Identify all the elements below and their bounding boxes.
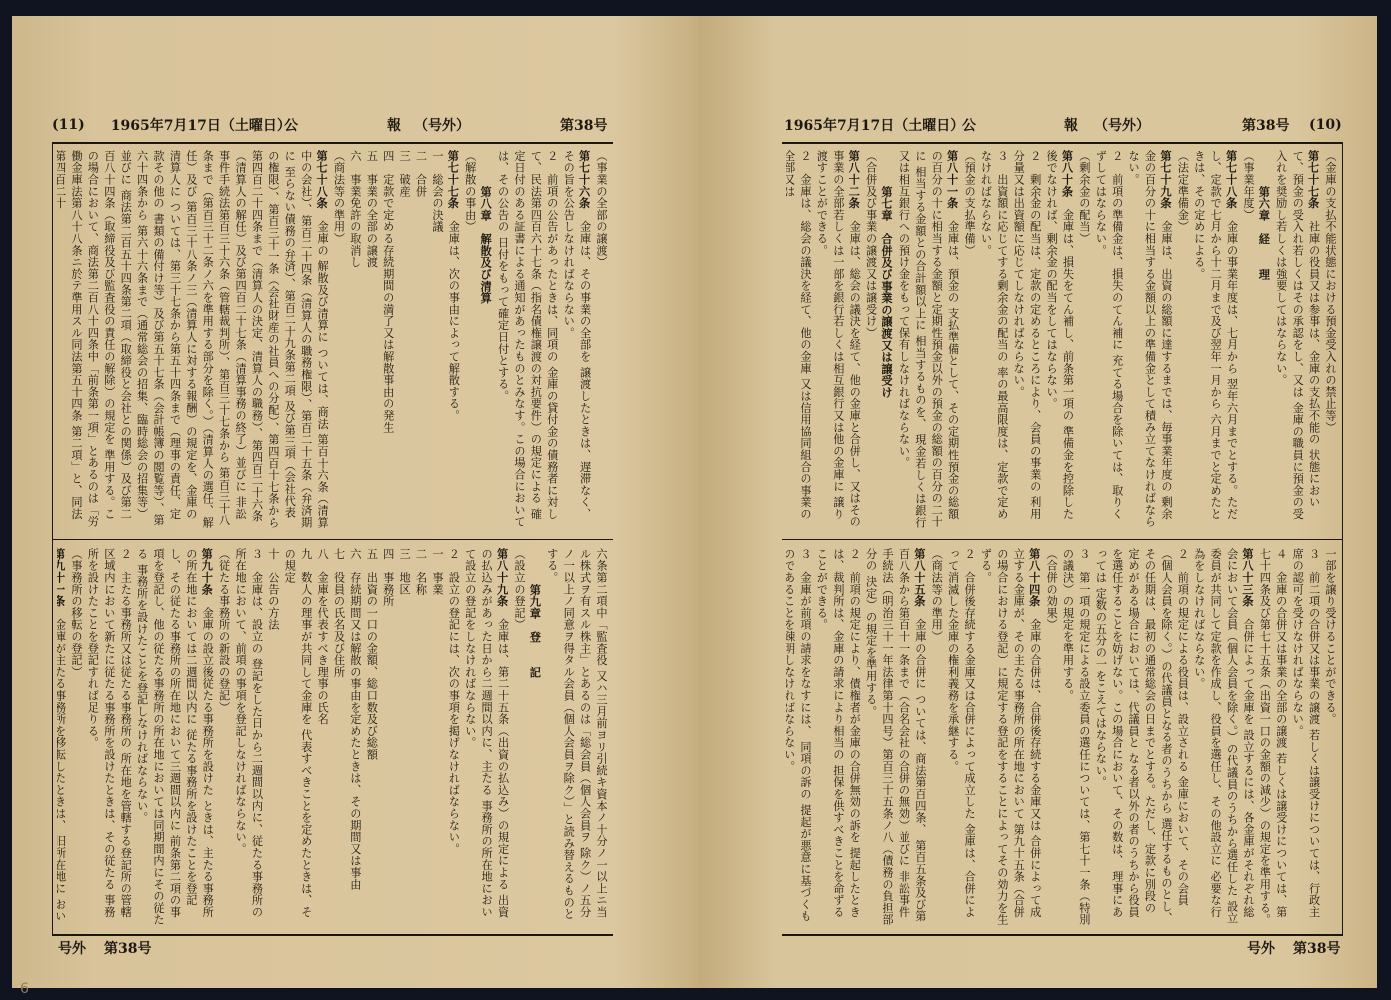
clause-paragraph: 一部を譲り受けることができる。 — [1322, 548, 1338, 928]
block-divider — [53, 539, 613, 540]
article-paragraph: 第七十八条 金庫の 解散及び清算に ついては、商法 第百十六条（清算中の会社）、… — [57, 150, 330, 530]
article-number: 第七十七条 — [446, 150, 460, 209]
left-page-footer: 号外第38号 — [58, 938, 151, 958]
left-bottom-block: 六条第二項中「監査役 又ハ三月前ヨリ引続キ資本ノ十分ノ一以上ニ当ル株式ヲ有スル株… — [57, 548, 609, 928]
article-caption: （合併の効果） — [1043, 548, 1059, 928]
footer-issue: 第38号 — [1293, 941, 1340, 957]
page-number: (10) — [1309, 117, 1342, 133]
article-number: 第八十九条 — [496, 548, 510, 607]
left-page-body: （事業の全部の譲渡）第七十六条 金庫は、その事業の全部を 譲渡したときは、遅滞な… — [52, 142, 613, 936]
article-number: 第八十一条 — [946, 150, 960, 209]
right-page: 1965年7月17日（土曜日） 公 報 （号外） 第38号 (10) （金庫の支… — [692, 16, 1377, 988]
article-caption: （金庫の支払不能状態における預金受入れの禁止等） — [1322, 150, 1338, 530]
article-number: 第七十八条 — [315, 150, 329, 209]
chapter-heading: 第六章 経 理 — [1256, 150, 1272, 530]
article-caption: （合併及び事業の譲渡又は譲受け） — [862, 150, 878, 530]
right-page-body: （金庫の支払不能状態における預金受入れの禁止等）第七十七条 社庫の役員又は参事は… — [782, 142, 1343, 936]
left-top-block: （事業の全部の譲渡）第七十六条 金庫は、その事業の全部を 譲渡したときは、遅滞な… — [57, 150, 609, 530]
article-caption: （従たる事務所の新設の登記） — [215, 548, 231, 928]
article-caption: （事務所の移転の登記） — [68, 548, 84, 928]
footer-edition: 号外 — [58, 941, 86, 957]
list-item: 五 事業の全部の譲渡 — [363, 150, 379, 530]
issue-number: 第38号 — [1242, 115, 1289, 135]
list-item: 六 事業免許の取消し — [347, 150, 363, 530]
list-item: 五 出資の一口の金額、総口数及び総額 — [363, 548, 379, 928]
edition-label: （号外） — [414, 115, 470, 135]
article-caption: （事業の全部の譲渡） — [593, 150, 609, 530]
article-caption: （商法等の準用） — [330, 150, 346, 530]
article-number: 第九十条 — [200, 548, 214, 595]
clause-paragraph: ２ 金庫は、総会の議決を経て、他の金庫 又は信用協同組合の事業の全部又は — [786, 150, 813, 530]
article-caption: （解散の事由） — [461, 150, 477, 530]
right-page-header: 1965年7月17日（土曜日） 公 報 （号外） 第38号 (10) — [784, 114, 1344, 136]
clause-paragraph: 六条第二項中「監査役 又ハ三月前ヨリ引続キ資本ノ十分ノ一以上ニ当ル株式ヲ有スル株… — [543, 548, 609, 928]
block-divider — [782, 539, 1342, 540]
list-item: 一 事業 — [429, 548, 445, 928]
article-paragraph: 第七十七条 金庫は、次の事由によって解散する。 — [445, 150, 461, 530]
list-item: 七 役員の氏名及び住所 — [330, 548, 346, 928]
article-paragraph: 第八十四条 金庫の合併は、合併後存続する金庫又は 合併によって成立する金庫が、そ… — [977, 548, 1043, 928]
issue-number: 第38号 — [560, 115, 607, 135]
article-caption: （剰余金の配当） — [1076, 150, 1092, 530]
article-paragraph: 第八十一条 金庫は、預金の 支払準備として、その定期性預金の総額の百分の十に相当… — [895, 150, 961, 530]
page-number: (11) — [52, 117, 85, 133]
list-item: 十 公告の方法 — [264, 548, 280, 928]
article-paragraph: 第七十七条 社庫の役員又は参事は、金庫の支払不能の 状態において、預金の受入れ若… — [1272, 150, 1321, 530]
list-item: 四 定款で定める存続期間の満了又は解散事由の発生 — [379, 150, 395, 530]
gazette-title-char-1: 公 — [962, 115, 976, 135]
list-item: 六 存続期間又は解散の事由を定めたときは、その期間又は事由 — [347, 548, 363, 928]
gazette-title-char-2: 報 — [387, 115, 401, 135]
article-number: 第九十一条 — [57, 548, 67, 607]
list-item: 二 名称 — [412, 548, 428, 928]
gazette-spread: (11) 1965年7月17日（土曜日） 公 報 （号外） 第38号 （事業の全… — [12, 16, 1377, 988]
chapter-heading: 第八章 解散及び清算 — [478, 150, 494, 530]
clause-paragraph: ３ 前二項の合併又は事業の譲渡 若しくは譲受けについては、行政主席の認可を受けな… — [1289, 548, 1322, 928]
left-page-header: (11) 1965年7月17日（土曜日） 公 報 （号外） 第38号 — [52, 114, 612, 136]
article-text: 金庫は、損失をてん補し、前条第一項の 準備金を控除した後でなければ、剰余金の配当… — [1045, 150, 1074, 520]
article-text: 金庫の設立後従たる事務所を設けた ときは、主たる事務所の所在地においては二週間以… — [136, 548, 215, 926]
list-item: 三 地区 — [396, 548, 412, 928]
article-caption: （商法等の準用） — [928, 548, 944, 928]
clause-paragraph: ２ 設立の登記には、次の事項を掲げなければならない。 — [445, 548, 461, 928]
left-page: (11) 1965年7月17日（土曜日） 公 報 （号外） 第38号 （事業の全… — [12, 16, 692, 988]
article-number: 第八十条 — [1061, 150, 1075, 197]
article-paragraph: 第七十八条 金庫の事業年度は、七月から 翌年六月までとする。ただし、定款で七月か… — [1190, 150, 1239, 530]
clause-paragraph: ３ 金庫が前項の請求をなすには、 同項の訴の 提起が悪意に基づくものであることを… — [786, 548, 813, 928]
article-text: 金庫の 解散及び清算に ついては、商法 第百十六条（清算中の会社）、第百二十四条… — [57, 150, 329, 528]
issue-date: 1965年7月17日（土曜日） — [111, 115, 291, 135]
article-number: 第八十五条 — [913, 548, 927, 607]
right-bottom-block: 一部を譲り受けることができる。３ 前二項の合併又は事業の譲渡 若しくは譲受けにつ… — [786, 548, 1338, 928]
clause-paragraph: ３ 金庫は、設立の 登記をした日から二週間以内に、従たる事務所の所在地において、… — [232, 548, 265, 928]
chapter-heading: 第七章 合併及び事業の譲渡又は譲受け — [879, 150, 895, 530]
article-caption: （法定準備金） — [1174, 150, 1190, 530]
article-paragraph: 第八十三条 合併によって金庫を 設立するには、各金庫がそれぞれ総会において会員（… — [1190, 548, 1256, 928]
article-caption: （設立の登記） — [511, 548, 527, 928]
article-number: 第七十六条 — [578, 150, 592, 209]
right-top-block: （金庫の支払不能状態における預金受入れの禁止等）第七十七条 社庫の役員又は参事は… — [786, 150, 1338, 530]
footer-issue: 第38号 — [104, 941, 151, 957]
article-number: 第八十四条 — [1028, 548, 1042, 607]
list-item: 四 事務所 — [379, 548, 395, 928]
article-number: 第八十三条 — [1241, 548, 1255, 607]
clause-paragraph: ２ 前項の規定による役員は、設立される 金庫において、その会員（個人会員を除く。… — [1092, 548, 1190, 928]
article-text: 金庫は、次の事由によって解散する。 — [447, 209, 460, 421]
right-page-footer: 号外第38号 — [1247, 938, 1340, 958]
list-item: 三 破産 — [396, 150, 412, 530]
article-number: 第七十七条 — [1307, 150, 1321, 209]
article-caption: （事業年度） — [1240, 150, 1256, 530]
handwritten-note: 6 — [20, 981, 29, 997]
clause-paragraph: ２ 剰余金の配当は、定款の定めるところにより、会員の事業の 利用分量又は出資額に… — [1010, 150, 1043, 530]
clause-paragraph: ２ 前項の規定により、債権者が金庫の合併無効の訴を 提起したときは、裁判所は、金… — [813, 548, 862, 928]
issue-date: 1965年7月17日（土曜日） — [784, 115, 964, 135]
clause-paragraph: ２ 前項の準備金は、損失のてん補に 充てる場合を除いては、取りくずしてはならない… — [1092, 150, 1125, 530]
article-number: 第七十九条 — [1159, 150, 1173, 209]
article-paragraph: 第七十九条 金庫は、出資の総額に達するまでは、毎事業年度の 剰余金の百分の十に相… — [1125, 150, 1174, 530]
clause-paragraph: ３ 出資額に応じてする剰余金の配当の 率の最高限度は、定款で定めなければならない… — [977, 150, 1010, 530]
clause-paragraph: ４ 金庫の合併又は事業の全部の譲渡 若しくは譲受けについては、第七十四条及び第七… — [1256, 548, 1289, 928]
article-number: 第八十二条 — [847, 150, 861, 209]
gazette-title-char-2: 報 — [1064, 115, 1078, 135]
gazette-title-char-1: 公 — [284, 115, 298, 135]
article-caption: （預金の支払準備） — [961, 150, 977, 530]
article-paragraph: 第八十二条 金庫は、総会の議決を経て、他の金庫と合併し、又はその 事業の全部若し… — [813, 150, 862, 530]
article-paragraph: 第七十六条 金庫は、その事業の全部を 譲渡したときは、遅滞なく、その旨を公告しな… — [560, 150, 593, 530]
article-number: 第七十八条 — [1225, 150, 1239, 209]
article-paragraph: 第九十一条 金庫が主たる事務所を移転したときは、 旧所在地に おいては二週 — [57, 548, 68, 928]
clause-paragraph: ２ 合併後存続する金庫又は合併によって成立した 金庫は、合併によって消滅した金庫… — [944, 548, 977, 928]
list-item: 一 総会の決議 — [429, 150, 445, 530]
article-paragraph: 第八十九条 金庫は、第二十五条（出資の払込み）の規定による 出資の払込みがあった… — [461, 548, 510, 928]
article-paragraph: 第八十条 金庫は、損失をてん補し、前条第一項の 準備金を控除した後でなければ、剰… — [1043, 150, 1076, 530]
clause-paragraph: ２ 前項の公告があったときは、同項の 金庫の貸付金の債務者に対して、民法第四百六… — [494, 150, 560, 530]
chapter-heading: 第九章 登 記 — [527, 548, 543, 928]
article-paragraph: 第八十五条 金庫の合併に ついては、商法第百四条、 第百五条及び第百八条から第百… — [862, 548, 928, 928]
edition-label: （号外） — [1094, 115, 1150, 135]
footer-edition: 号外 — [1247, 941, 1275, 957]
list-item: 二 合併 — [412, 150, 428, 530]
article-paragraph: 第九十条 金庫の設立後従たる事務所を設けた ときは、主たる事務所の所在地において… — [133, 548, 215, 928]
list-item: 八 金庫を代表すべき理事の氏名 — [314, 548, 330, 928]
clause-paragraph: ３ 第一項の規定による設立委員の選任については、第七十一条（特別の議決）の規定を… — [1059, 548, 1092, 928]
clause-paragraph: ２ 主たる事務所又は従たる事務所の 所在地を管轄する登記所の管轄区域内において新… — [84, 548, 133, 928]
list-item: 九 数人の理事が共同して金庫を 代表すべきことを定めたときは、その規定 — [281, 548, 314, 928]
